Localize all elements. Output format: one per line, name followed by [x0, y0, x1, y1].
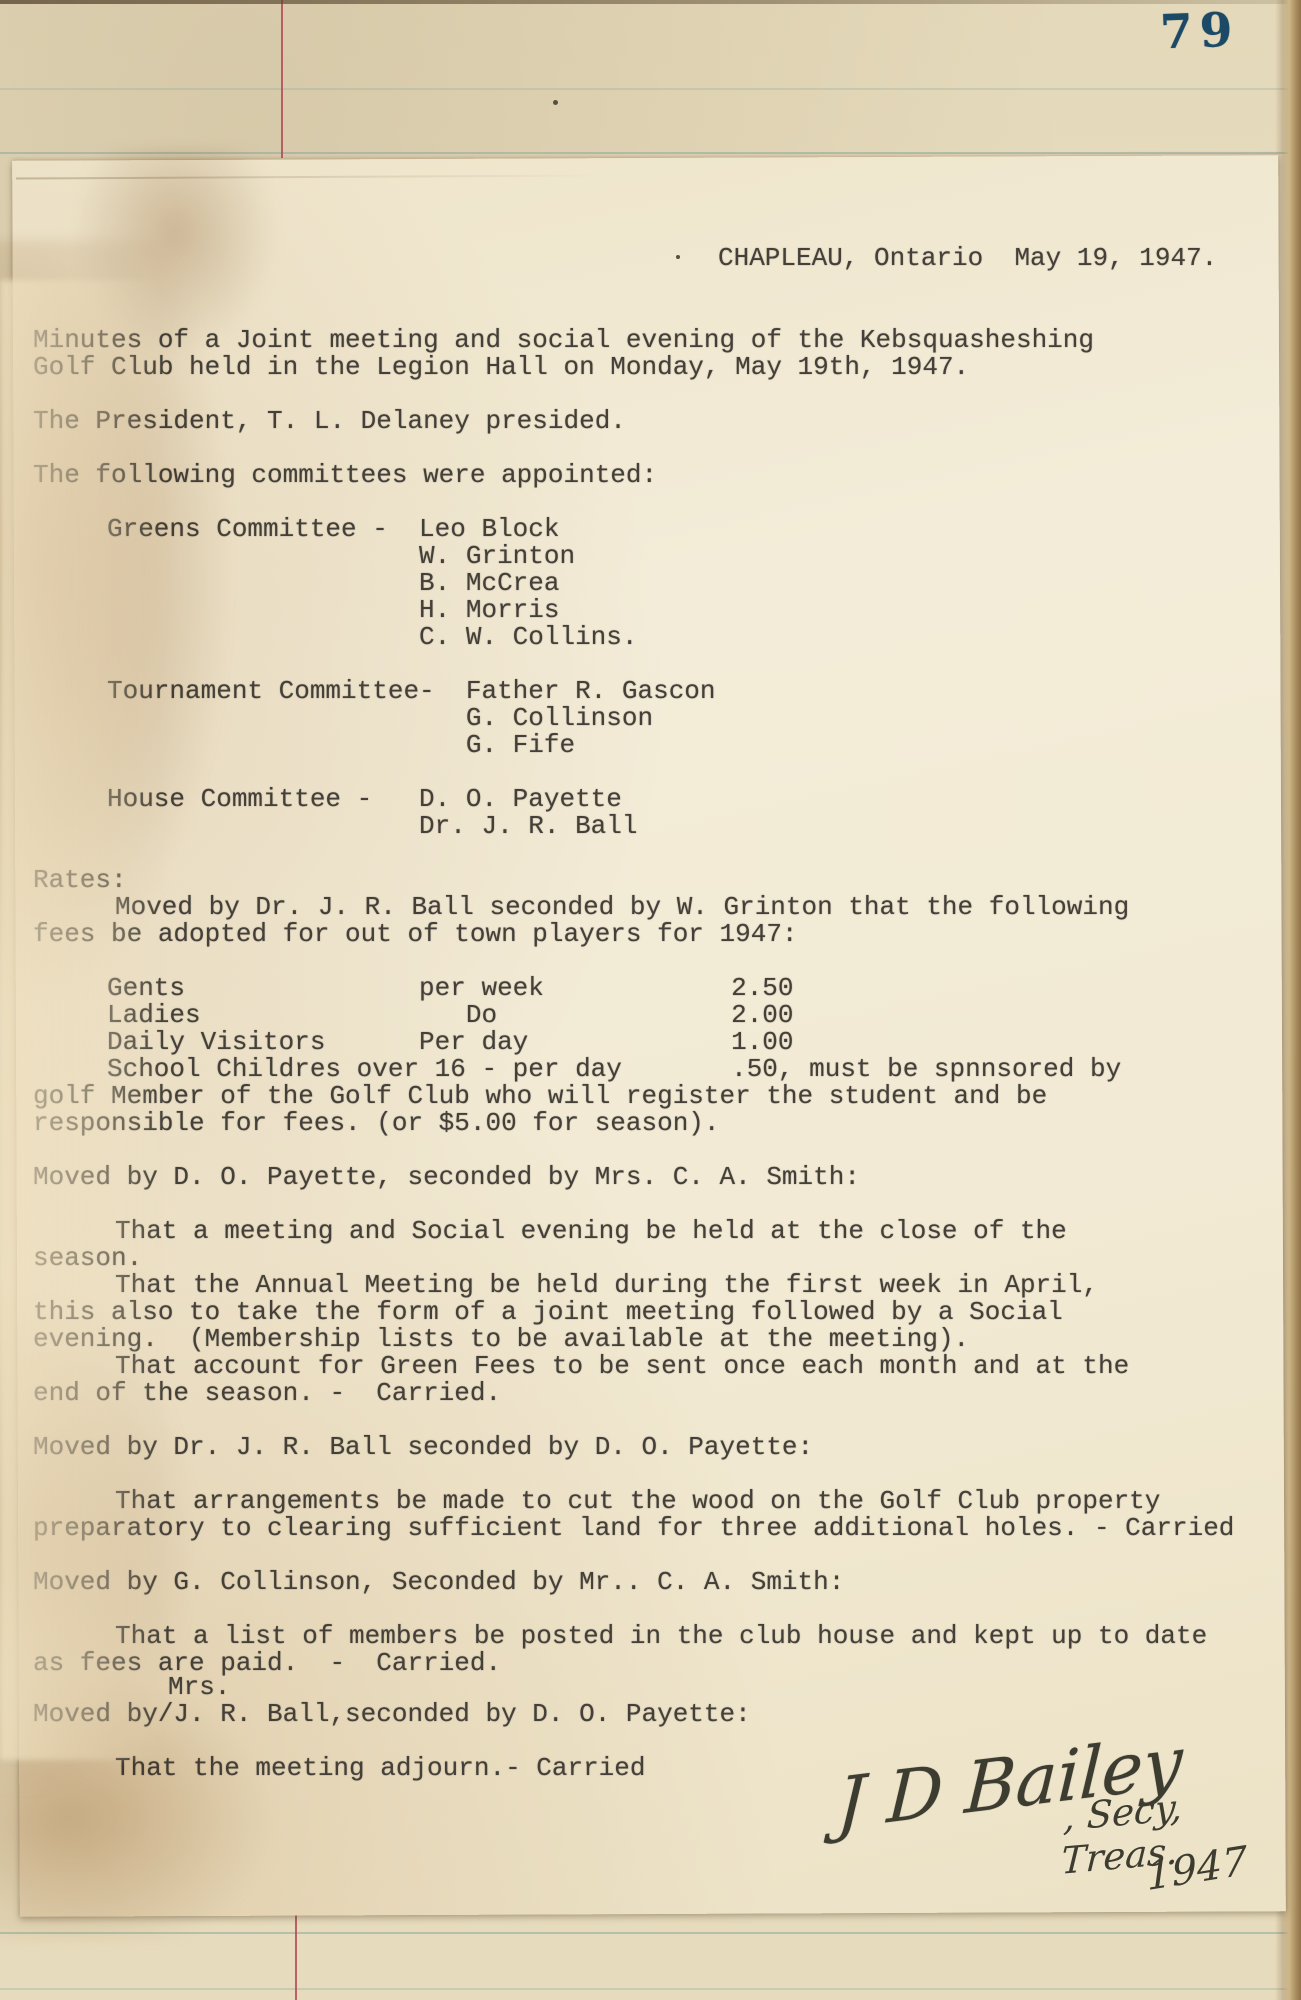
typed-line-37: as fees are paid. - Carried. — [33, 1650, 501, 1677]
typed-line-9: C. W. Collins. — [107, 624, 638, 651]
typed-line-38: Mrs. — [168, 1674, 230, 1701]
typed-line-12: G. Fife — [107, 732, 575, 759]
typed-line-34: preparatory to clearing sufficient land … — [33, 1515, 1234, 1542]
typed-line-25: That a meeting and Social evening be hel… — [115, 1218, 1067, 1245]
typed-line-26: season. — [33, 1245, 142, 1272]
typed-line-22: golf Member of the Golf Club who will re… — [33, 1083, 1047, 1110]
typed-line-27: That the Annual Meeting be held during t… — [115, 1272, 1098, 1299]
scanned-minutes-page: 79 CHAPLEAU, Ontario May 19, 1947.Minute… — [0, 0, 1301, 2000]
typed-line-15: Rates: — [33, 867, 127, 894]
book-top-edge — [0, 0, 1301, 4]
typed-line-14: Dr. J. R. Ball — [107, 813, 638, 840]
typed-line-0: CHAPLEAU, Ontario May 19, 1947. — [718, 245, 1217, 272]
typed-line-13: House Committee - D. O. Payette — [107, 786, 622, 813]
typed-line-5: Greens Committee - Leo Block — [107, 516, 559, 543]
typed-line-20: Daily Visitors Per day 1.00 — [107, 1029, 794, 1056]
typed-line-39: Moved by/J. R. Ball,seconded by D. O. Pa… — [33, 1701, 751, 1728]
typed-line-3: The President, T. L. Delaney presided. — [33, 408, 626, 435]
ledger-rule-line — [0, 1932, 1301, 1934]
ledger-rule-line — [0, 152, 1301, 154]
typed-line-16: Moved by Dr. J. R. Ball seconded by W. G… — [115, 894, 1129, 921]
typed-line-17: fees be adopted for out of town players … — [33, 921, 798, 948]
typed-line-33: That arrangements be made to cut the woo… — [115, 1488, 1160, 1515]
typed-line-6: W. Grinton — [107, 543, 575, 570]
typed-line-23: responsible for fees. (or $5.00 for seas… — [33, 1110, 720, 1137]
red-margin-line — [295, 1914, 297, 2000]
typed-line-1: Minutes of a Joint meeting and social ev… — [33, 327, 1094, 354]
typed-line-28: this also to take the form of a joint me… — [33, 1299, 1063, 1326]
ledger-rule-line — [0, 88, 1301, 90]
ink-speck — [676, 255, 680, 259]
typed-line-30: That account for Green Fees to be sent o… — [115, 1353, 1129, 1380]
typed-line-36: That a list of members be posted in the … — [115, 1623, 1207, 1650]
typed-line-35: Moved by G. Collinson, Seconded by Mr.. … — [33, 1569, 844, 1596]
typed-line-10: Tournament Committee- Father R. Gascon — [107, 678, 716, 705]
typed-line-8: H. Morris — [107, 597, 559, 624]
typed-line-32: Moved by Dr. J. R. Ball seconded by D. O… — [33, 1434, 813, 1461]
typed-line-24: Moved by D. O. Payette, seconded by Mrs.… — [33, 1164, 860, 1191]
ink-speck — [553, 100, 558, 105]
typed-line-40: That the meeting adjourn.- Carried — [115, 1755, 646, 1782]
ledger-rule-line — [0, 1988, 1301, 1990]
red-margin-line — [281, 0, 283, 158]
typed-line-18: Gents per week 2.50 — [107, 975, 794, 1002]
typed-line-11: G. Collinson — [107, 705, 653, 732]
page-number-stamp: 79 — [1159, 3, 1240, 61]
typed-line-19: Ladies Do 2.00 — [107, 1002, 794, 1029]
typed-line-7: B. McCrea — [107, 570, 559, 597]
typed-line-29: evening. (Membership lists to be availab… — [33, 1326, 969, 1353]
typed-line-2: Golf Club held in the Legion Hall on Mon… — [33, 354, 969, 381]
typed-line-4: The following committees were appointed: — [33, 462, 657, 489]
typed-line-21: School Childres over 16 - per day .50, m… — [107, 1056, 1121, 1083]
typed-line-31: end of the season. - Carried. — [33, 1380, 501, 1407]
